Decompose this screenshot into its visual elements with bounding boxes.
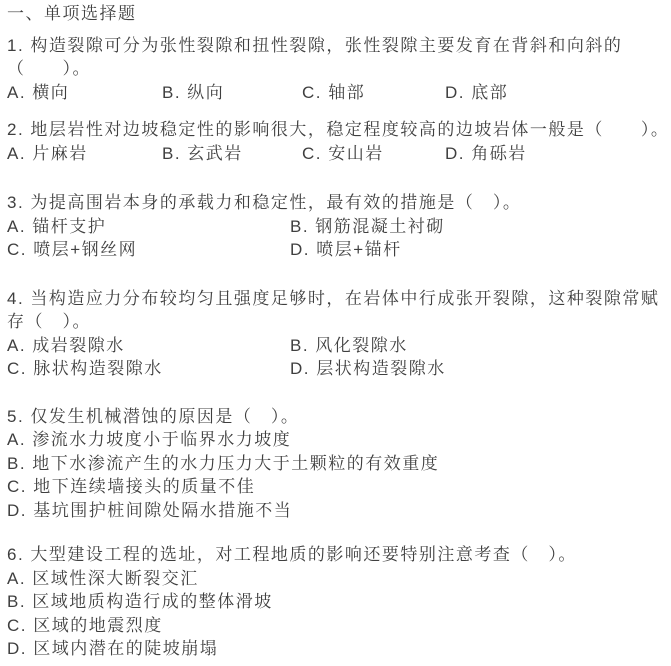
question-6: 6. 大型建设工程的选址，对工程地质的影响还要特别注意考查（ ）。 A. 区域性… — [7, 543, 667, 661]
question-1: 1. 构造裂隙可分为张性裂隙和扭性裂隙，张性裂隙主要发育在背斜和向斜的 （ ）。… — [7, 34, 667, 105]
question-3-option-d: D. 喷层+锚杆 — [290, 238, 402, 262]
question-6-option-d: D. 区域内潜在的陡坡崩塌 — [7, 637, 667, 661]
question-3-option-a: A. 锚杆支护 — [7, 215, 290, 239]
question-1-option-a: A. 横向 — [7, 81, 162, 105]
question-4-options-row-2: C. 脉状构造裂隙水D. 层状构造裂隙水 — [7, 357, 667, 381]
question-1-option-c: C. 轴部 — [302, 81, 445, 105]
question-5: 5. 仅发生机械潜蚀的原因是（ ）。 A. 渗流水力坡度小于临界水力坡度 B. … — [7, 405, 667, 523]
question-5-option-d: D. 基坑围护桩间隙处隔水措施不当 — [7, 499, 667, 523]
question-4-option-b: B. 风化裂隙水 — [290, 334, 408, 358]
question-3-option-c: C. 喷层+钢丝网 — [7, 238, 290, 262]
question-4-text-line-1: 4. 当构造应力分布较均匀且强度足够时，在岩体中行成张开裂隙，这种裂隙常赋 — [7, 287, 667, 311]
question-4-option-d: D. 层状构造裂隙水 — [290, 357, 446, 381]
question-1-text-line-2: （ ）。 — [7, 57, 667, 81]
question-5-option-c: C. 地下连续墙接头的质量不佳 — [7, 475, 667, 499]
question-3-options-row-1: A. 锚杆支护B. 钢筋混凝土衬砌 — [7, 215, 667, 239]
question-6-option-b: B. 区域地质构造行成的整体滑坡 — [7, 590, 667, 614]
question-2: 2. 地层岩性对边坡稳定性的影响很大，稳定程度较高的边坡岩体一般是（ ）。 A.… — [7, 118, 667, 165]
question-2-option-b: B. 玄武岩 — [162, 142, 302, 166]
question-6-option-c: C. 区域的地震烈度 — [7, 614, 667, 638]
question-5-option-b: B. 地下水渗流产生的水力压力大于土颗粒的有效重度 — [7, 452, 667, 476]
question-6-option-a: A. 区域性深大断裂交汇 — [7, 567, 667, 591]
question-3-options-row-2: C. 喷层+钢丝网D. 喷层+锚杆 — [7, 238, 667, 262]
question-2-text-line-1: 2. 地层岩性对边坡稳定性的影响很大，稳定程度较高的边坡岩体一般是（ ）。 — [7, 118, 667, 142]
question-1-options-row: A. 横向B. 纵向C. 轴部D. 底部 — [7, 81, 667, 105]
question-4-text-line-2: 存（ ）。 — [7, 310, 667, 334]
question-3: 3. 为提高围岩本身的承载力和稳定性，最有效的措施是（ ）。 A. 锚杆支护B.… — [7, 191, 667, 262]
question-4: 4. 当构造应力分布较均匀且强度足够时，在岩体中行成张开裂隙，这种裂隙常赋 存（… — [7, 287, 667, 381]
question-5-text-line-1: 5. 仅发生机械潜蚀的原因是（ ）。 — [7, 405, 667, 429]
question-6-text-line-1: 6. 大型建设工程的选址，对工程地质的影响还要特别注意考查（ ）。 — [7, 543, 667, 567]
question-5-option-a: A. 渗流水力坡度小于临界水力坡度 — [7, 428, 667, 452]
question-3-text-line-1: 3. 为提高围岩本身的承载力和稳定性，最有效的措施是（ ）。 — [7, 191, 667, 215]
question-4-options-row-1: A. 成岩裂隙水B. 风化裂隙水 — [7, 334, 667, 358]
question-2-options-row: A. 片麻岩B. 玄武岩C. 安山岩D. 角砾岩 — [7, 142, 667, 166]
question-1-option-b: B. 纵向 — [162, 81, 302, 105]
exam-document: 一、单项选择题 1. 构造裂隙可分为张性裂隙和扭性裂隙，张性裂隙主要发育在背斜和… — [0, 0, 671, 666]
section-title: 一、单项选择题 — [7, 2, 667, 26]
question-1-text-line-1: 1. 构造裂隙可分为张性裂隙和扭性裂隙，张性裂隙主要发育在背斜和向斜的 — [7, 34, 667, 58]
question-1-option-d: D. 底部 — [445, 81, 508, 105]
question-3-option-b: B. 钢筋混凝土衬砌 — [290, 215, 445, 239]
question-2-option-d: D. 角砾岩 — [445, 142, 527, 166]
question-2-option-a: A. 片麻岩 — [7, 142, 162, 166]
question-2-option-c: C. 安山岩 — [302, 142, 445, 166]
question-4-option-c: C. 脉状构造裂隙水 — [7, 357, 290, 381]
question-4-option-a: A. 成岩裂隙水 — [7, 334, 290, 358]
